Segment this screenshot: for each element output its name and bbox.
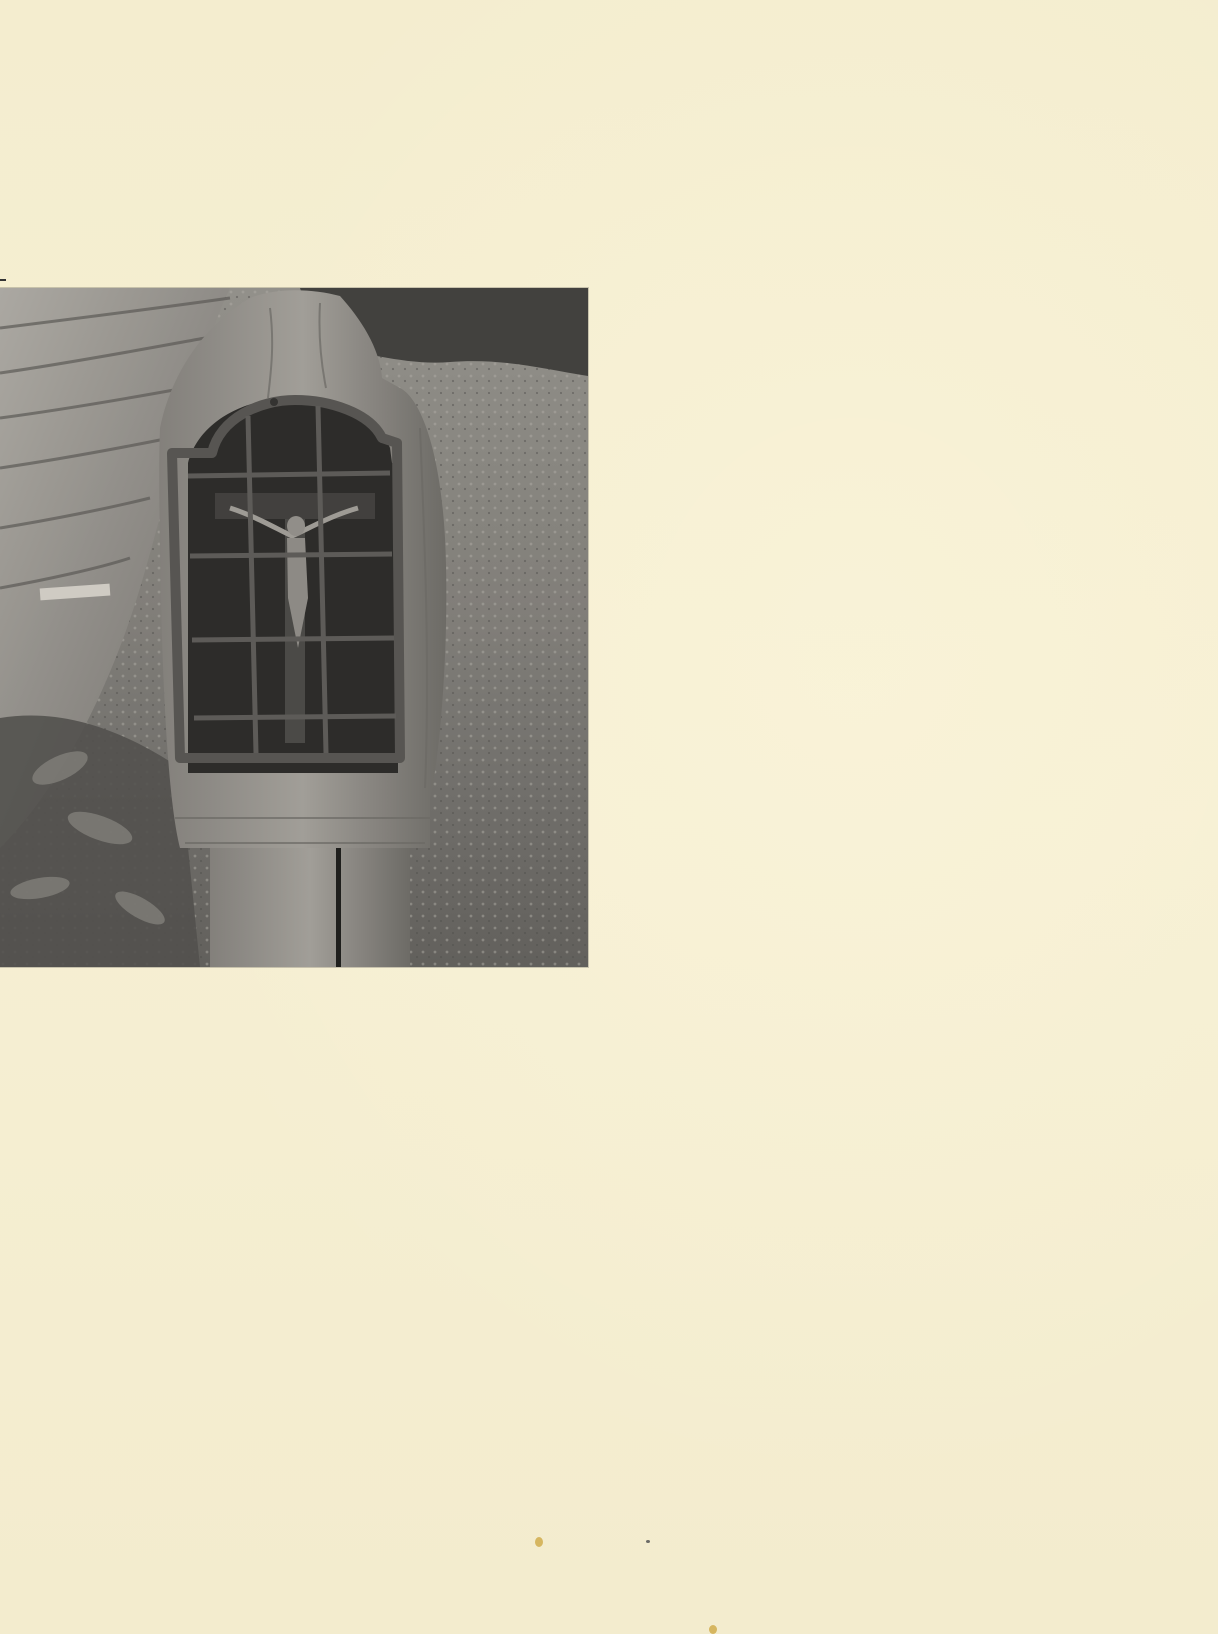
paper-speck (709, 1625, 717, 1634)
photograph (0, 288, 588, 967)
paper-speck (646, 1540, 650, 1543)
shrine-photo-illustration (0, 288, 588, 967)
paper-speck (535, 1537, 543, 1547)
paper-mark (0, 279, 6, 281)
